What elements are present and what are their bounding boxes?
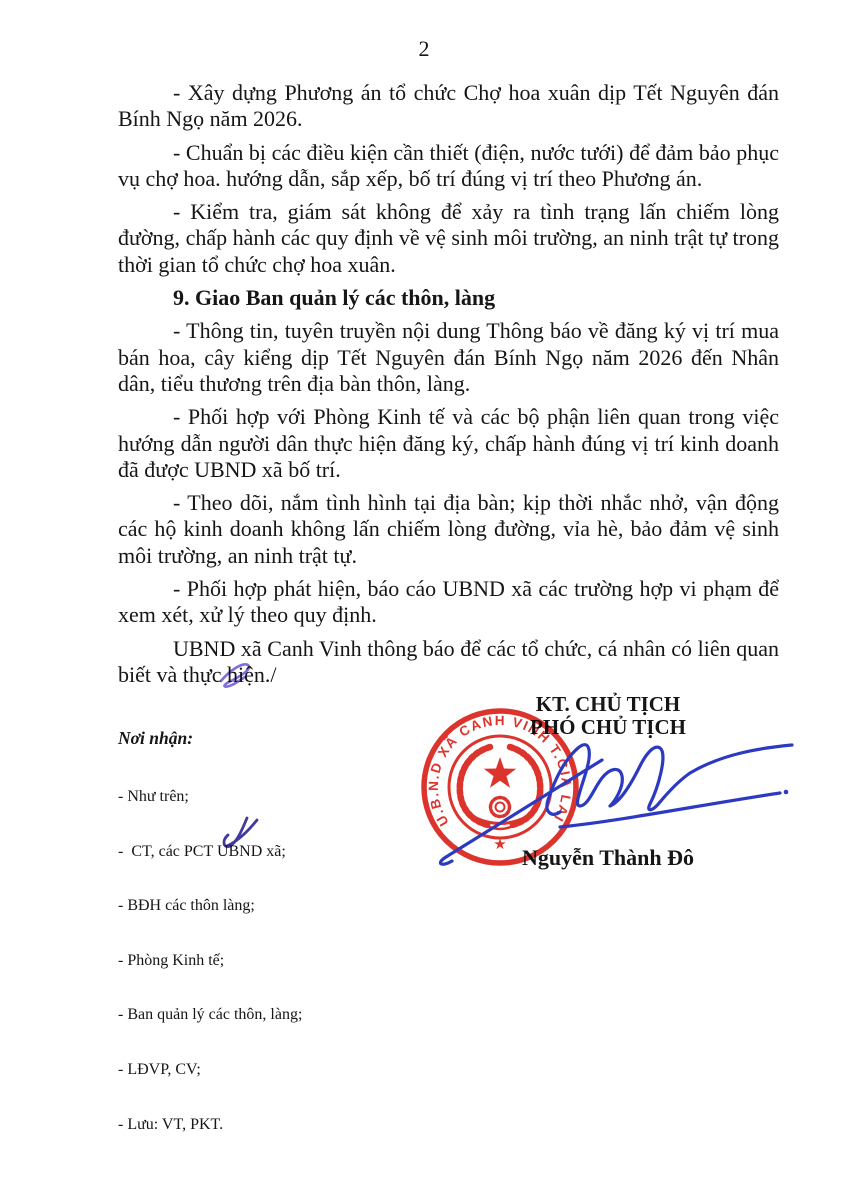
signer-title-role: PHÓ CHỦ TỊCH — [468, 716, 748, 739]
recipient-item: - BĐH các thôn làng; — [118, 897, 378, 916]
page-number: 2 — [0, 36, 848, 62]
paragraph: - Phối hợp phát hiện, báo cáo UBND xã cá… — [118, 576, 779, 629]
signature-block: KT. CHỦ TỊCH PHÓ CHỦ TỊCH Nguyễn Thành Đ… — [468, 693, 748, 871]
recipients-block: Nơi nhận: - Như trên; - CT, các PCT UBND… — [118, 692, 378, 1170]
signature-end-dot — [784, 790, 789, 795]
closing-paragraph: UBND xã Canh Vinh thông báo để các tổ ch… — [118, 636, 779, 689]
paragraph: - Theo dõi, nắm tình hình tại địa bàn; k… — [118, 490, 779, 569]
section-heading: 9. Giao Ban quản lý các thôn, làng — [118, 285, 779, 311]
paragraph: - Thông tin, tuyên truyền nội dung Thông… — [118, 318, 779, 397]
recipient-item: - Lưu: VT, PKT. — [118, 1116, 378, 1135]
signer-title-acting: KT. CHỦ TỊCH — [468, 693, 748, 716]
recipient-item: - Như trên; — [118, 788, 378, 807]
paragraph: - Chuẩn bị các điều kiện cần thiết (điện… — [118, 140, 779, 193]
paragraph: - Xây dựng Phương án tổ chức Chợ hoa xuâ… — [118, 80, 779, 133]
paragraph: - Kiểm tra, giám sát không để xảy ra tìn… — [118, 199, 779, 278]
recipient-item: - LĐVP, CV; — [118, 1061, 378, 1080]
paragraph: - Phối hợp với Phòng Kinh tế và các bộ p… — [118, 404, 779, 483]
recipient-item: - CT, các PCT UBND xã; — [118, 843, 378, 862]
recipient-item: - Ban quản lý các thôn, làng; — [118, 1006, 378, 1025]
document-page: 2 - Xây dựng Phương án tổ chức Chợ hoa x… — [0, 0, 848, 1200]
document-body: - Xây dựng Phương án tổ chức Chợ hoa xuâ… — [118, 80, 779, 695]
recipients-heading: Nơi nhận: — [118, 728, 378, 749]
recipient-item: - Phòng Kinh tế; — [118, 952, 378, 971]
signer-name: Nguyễn Thành Đô — [468, 845, 748, 871]
